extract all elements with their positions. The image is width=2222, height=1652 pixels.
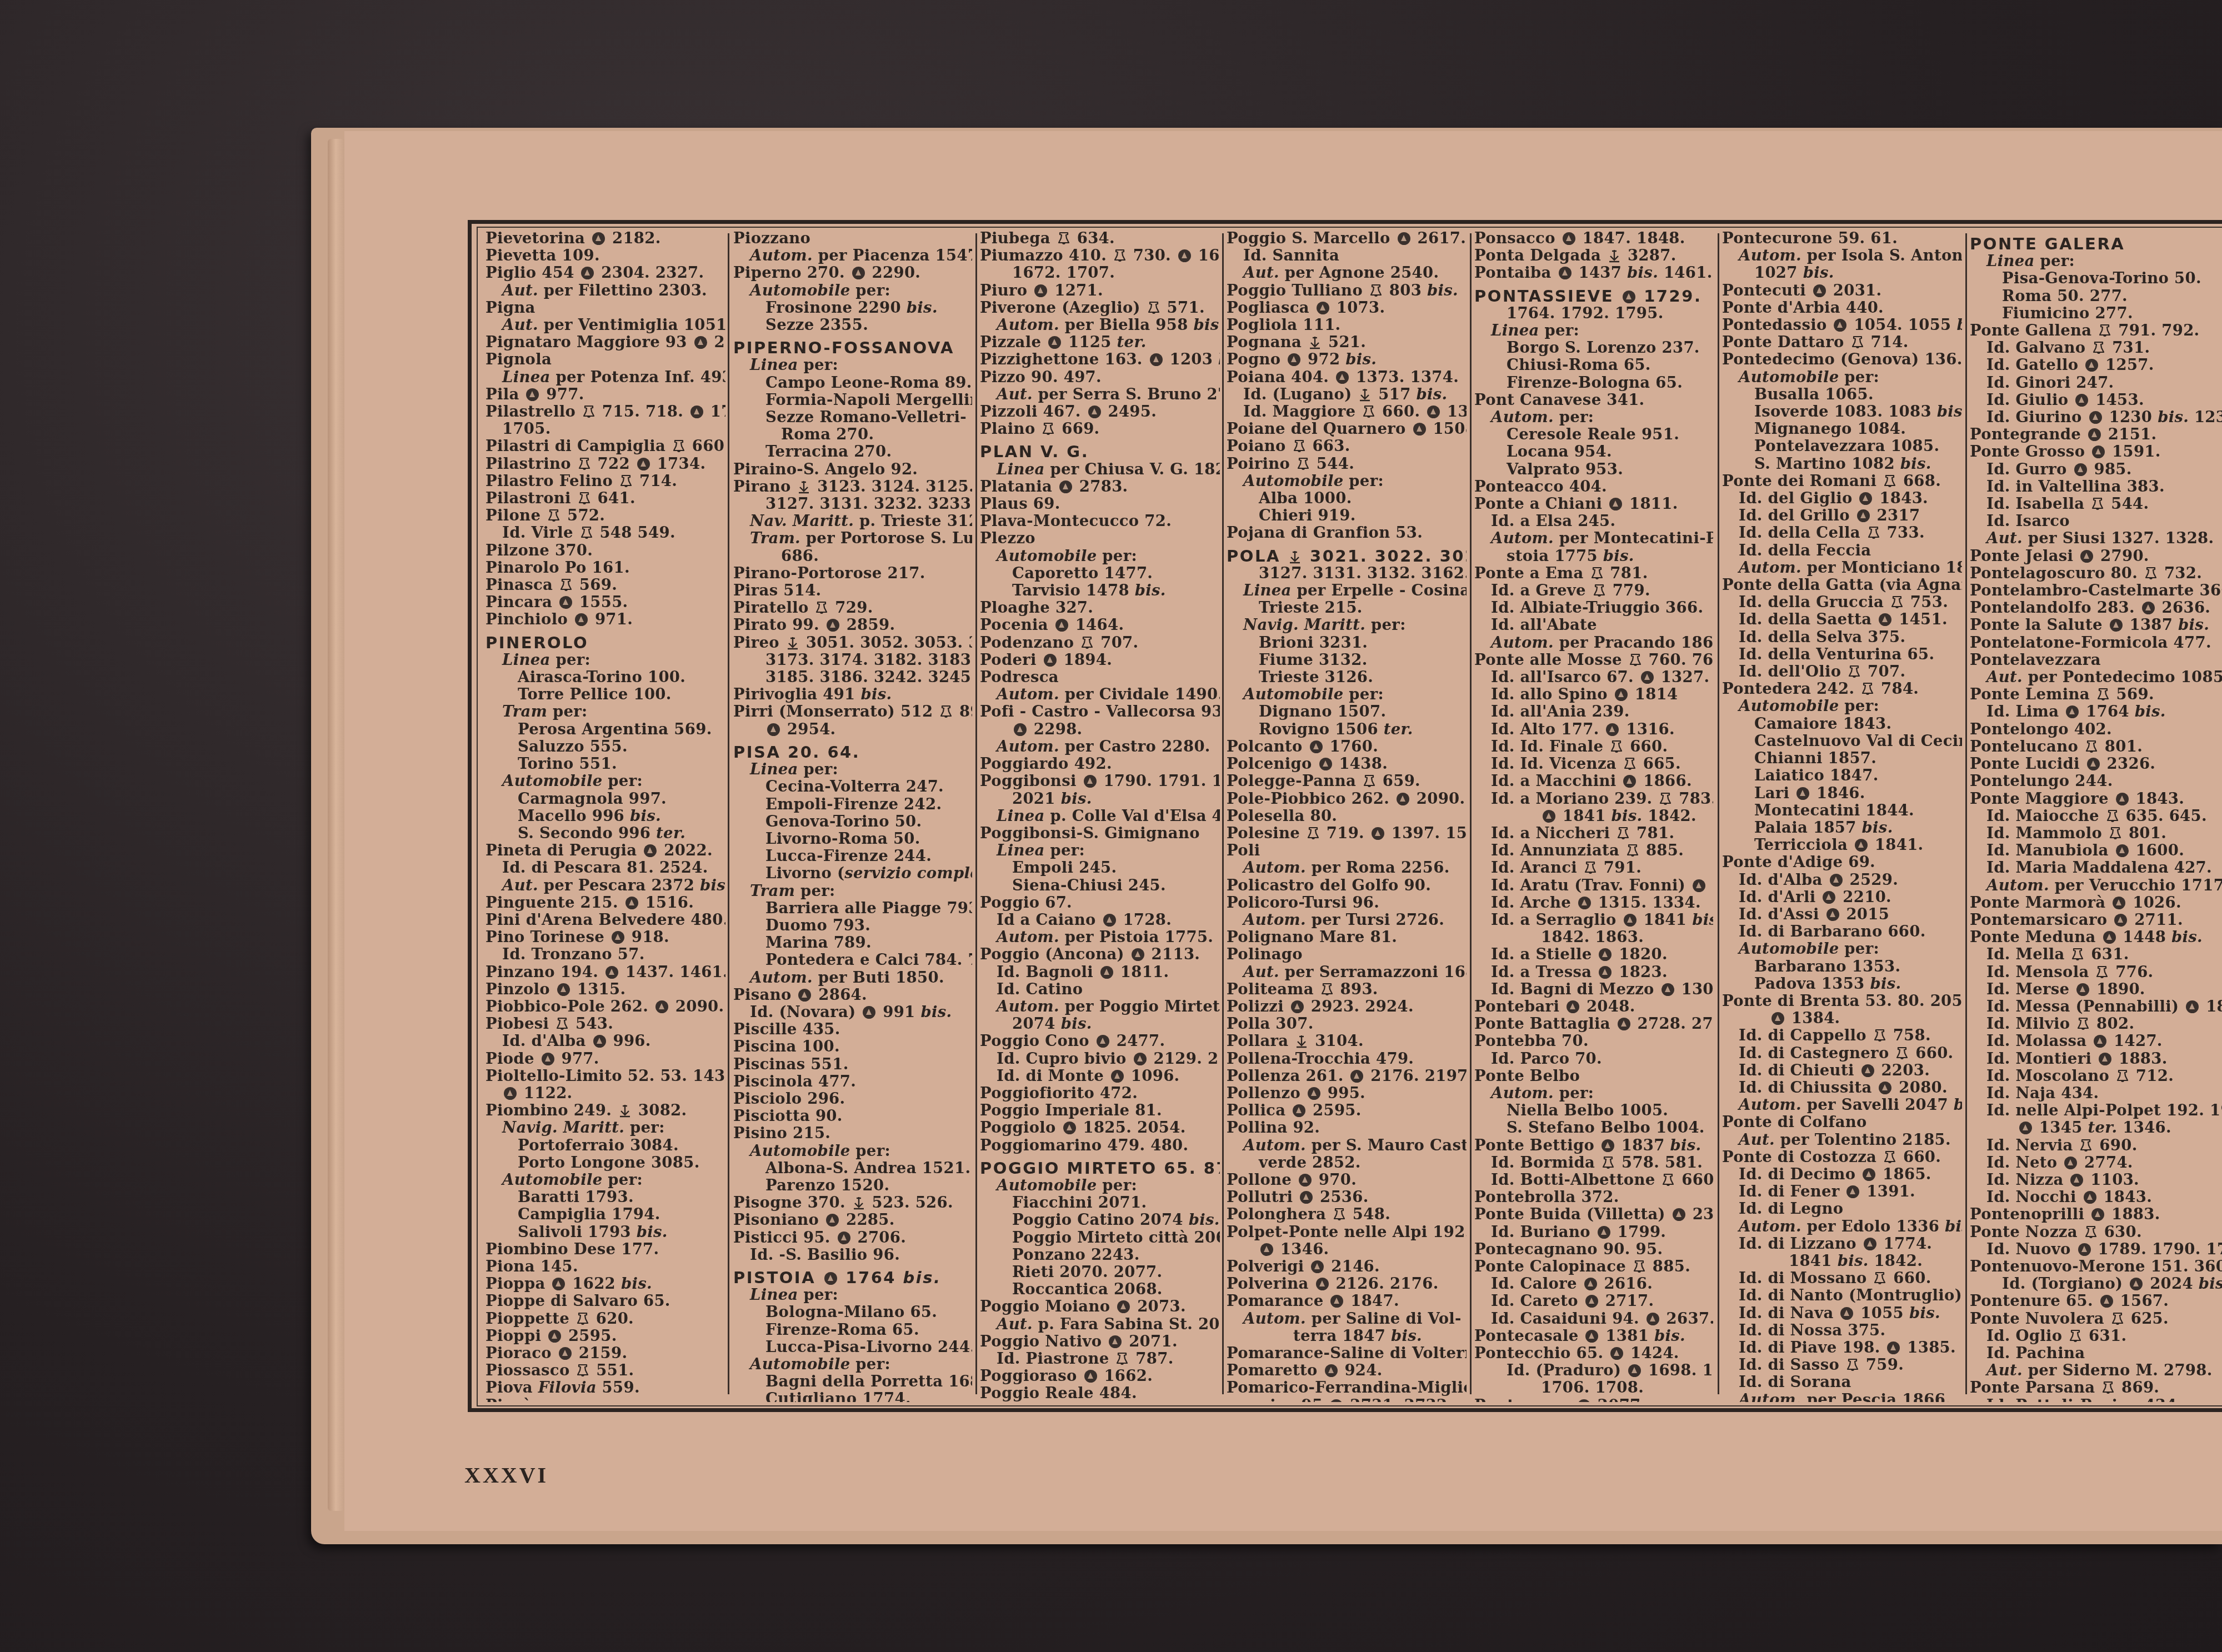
index-entry: Id. d'Assi 2015 <box>1722 906 1962 923</box>
index-entry: Ponte della Gatta (via Agnano) 489 <box>1722 577 1962 594</box>
italic-label: bis. <box>2171 928 2203 946</box>
automobile-icon <box>2116 793 2129 805</box>
index-entry: Trieste 215. <box>1227 599 1467 617</box>
index-entry: Pisciolo 296. <box>733 1090 972 1108</box>
index-entry: Piossasco 551. <box>486 1362 725 1379</box>
index-heading: PONTE GALERA <box>1970 236 2222 253</box>
index-entry: Id. Maria Maddalena 427. <box>1970 859 2222 877</box>
index-entry: Siena-Chiusi 245. <box>980 877 1220 894</box>
tram-icon <box>1851 336 1864 350</box>
index-entry: Pontecuti 2031. <box>1722 282 1962 299</box>
automobile-icon <box>1316 1278 1329 1290</box>
index-entry: Id. Molassa 1427. <box>1970 1033 2222 1050</box>
index-entry: Pirano 3123. 3124. 3125. 3126. <box>733 478 972 495</box>
automobile-icon <box>2110 619 2123 632</box>
index-entry: Caporetto 1477. <box>980 565 1220 582</box>
index-entry: Autom. per Montecatini-Pi- <box>1474 530 1713 547</box>
index-column-6: Pontecurone 59. 61.Autom. per Isola S. A… <box>1722 230 1962 1402</box>
index-entry: Pomarance-Saline di Volterra 247. <box>1227 1345 1467 1362</box>
index-entry: Id. Messa (Pennabilli) 1802. <box>1970 998 2222 1015</box>
automobile-icon <box>1662 983 1674 996</box>
index-entry: Brioni 3231. <box>1227 634 1467 652</box>
index-heading: PLAN V. G. <box>980 443 1220 460</box>
index-entry: Autom. per Pescia 1866. <box>1722 1391 1962 1402</box>
index-entry: Autom. per Savelli 2047 bis. <box>1722 1097 1962 1114</box>
index-entry: Ponte di Colfano <box>1722 1114 1962 1131</box>
automobile-icon <box>2066 705 2079 718</box>
index-entry: Linea per Erpelle - Cosina - <box>1227 582 1467 599</box>
index-entry: Id. nelle Alpi-Polpet 192. 193. <box>1970 1102 2222 1119</box>
index-entry: Poggio 67. <box>980 894 1220 912</box>
index-entry: Poggio Catino 2074 bis. <box>980 1212 1220 1229</box>
automobile-icon <box>2186 1000 2199 1013</box>
italic-label: bis. <box>621 1275 652 1293</box>
automobile-icon <box>1299 1174 1312 1187</box>
automobile-icon <box>2074 463 2087 476</box>
index-entry: Bagni della Porretta 1684 bis. <box>733 1373 972 1390</box>
automobile-icon <box>1602 1139 1614 1152</box>
index-entry: Ponte d'Arbia 440. <box>1722 299 1962 317</box>
automobile-icon <box>1585 1295 1598 1308</box>
index-entry: Id. Gatello 1257. <box>1970 357 2222 374</box>
index-entry: Id. Bagnoli 1811. <box>980 964 1220 981</box>
index-entry: Id. Virle 548 549. <box>486 524 725 542</box>
index-entry: Ponte Lemina 569. <box>1970 686 2222 703</box>
index-entry: Barriera alle Piagge 793. <box>733 900 972 917</box>
index-entry: Pontelungo 244. <box>1970 773 2222 790</box>
index-entry: Id. Giulio 1453. <box>1970 392 2222 409</box>
italic-label: ter. <box>1117 333 1147 351</box>
automobile-icon <box>1398 232 1410 245</box>
automobile-icon <box>1330 1399 1343 1402</box>
index-entry: Id. di Lizzano 1774. <box>1722 1235 1962 1253</box>
index-entry: Ponte Gallena 791. 792. <box>1970 322 2222 339</box>
index-entry: Autom. per Pistoia 1775. <box>980 929 1220 946</box>
index-entry: Polignano Mare 81. <box>1227 929 1467 946</box>
automobile-icon <box>824 1272 837 1285</box>
index-entry: Formia-Napoli Mergellina 89 <box>733 392 972 409</box>
index-entry: stoia 1775 bis. <box>1474 548 1713 565</box>
index-entry: Id. in Valtellina 383. <box>1970 478 2222 495</box>
automobile-icon <box>2088 428 2101 441</box>
tram-icon <box>1610 740 1623 754</box>
index-entry: Plaino 669. <box>980 420 1220 438</box>
index-entry: 1672. 1707. <box>980 264 1220 282</box>
index-entry: Id. dell'Olio 707. <box>1722 663 1962 680</box>
index-entry: Genova-Torino 50. <box>733 813 972 830</box>
automobile-icon <box>1823 891 1835 904</box>
index-entry: 1345 ter. 1346. <box>1970 1119 2222 1137</box>
italic-label: Aut. <box>502 877 538 894</box>
index-entry: Piperno 270. 2290. <box>733 264 972 282</box>
automobile-icon <box>1044 654 1057 667</box>
index-entry: Id. di Castegnero 660. <box>1722 1045 1962 1062</box>
index-entry: Id. a Niccheri 781. <box>1474 825 1713 842</box>
index-entry: Id. a Greve 779. <box>1474 582 1713 599</box>
index-entry: Parenzo 1520. <box>733 1177 972 1194</box>
index-entry: Bologna-Milano 65. <box>733 1304 972 1321</box>
italic-label: Automobile <box>1243 685 1343 703</box>
index-entry: Pignola <box>486 351 725 368</box>
index-entry: Linea per Chiusa V. G. 182 <box>980 461 1220 478</box>
index-entry: Podresca <box>980 669 1220 686</box>
index-entry: Polesella 80. <box>1227 808 1467 825</box>
index-entry: nico 95 2731. 2732. <box>1227 1397 1467 1402</box>
index-entry: Ponte Grosso 1591. <box>1970 443 2222 460</box>
automobile-icon <box>2113 897 2125 909</box>
italic-label: Aut. <box>997 1315 1033 1333</box>
index-entry: Poggio Mirteto città 2069. <box>980 1229 1220 1246</box>
index-entry: Automobile per: <box>1722 698 1962 715</box>
index-entry: Id. d'Alba 2529. <box>1722 872 1962 889</box>
index-entry: Id. di Sasso 759. <box>1722 1356 1962 1374</box>
index-entry: Palaia 1857 bis. <box>1722 819 1962 837</box>
index-entry: Platania 2783. <box>980 478 1220 495</box>
italic-label: Aut. <box>502 282 538 299</box>
index-entry: Rovigno 1506 ter. <box>1227 721 1467 738</box>
italic-label: Aut. <box>1243 264 1279 282</box>
index-entry: Ponte Dattaro 714. <box>1722 334 1962 351</box>
index-entry: Linea p. Colle Val d'Elsa 430 <box>980 808 1220 825</box>
index-entry: Aut. per Tolentino 2185. <box>1722 1132 1962 1149</box>
tram-icon <box>1363 405 1375 419</box>
index-entry: Id. della Cella 733. <box>1722 524 1962 542</box>
index-entry: Id. Pachina <box>1970 1345 2222 1362</box>
automobile-icon <box>1855 839 1868 852</box>
automobile-icon <box>838 1232 850 1244</box>
index-entry: Polverigi 2146. <box>1227 1258 1467 1275</box>
index-entry: Policastro del Golfo 90. <box>1227 877 1467 894</box>
italic-label: bis. <box>1692 911 1713 929</box>
index-entry: Pollena-Trocchia 479. <box>1227 1050 1467 1068</box>
index-entry: Niella Belbo 1005. <box>1474 1102 1713 1119</box>
automobile-icon <box>1673 1208 1685 1221</box>
italic-label: Autom. <box>1243 1137 1306 1154</box>
italic-label: Autom. <box>750 969 813 987</box>
index-entry: Pontelagoscuro 80. 732. <box>1970 565 2222 582</box>
italic-label: Aut. <box>1243 963 1279 981</box>
automobile-icon <box>1330 1295 1343 1308</box>
automobile-icon <box>637 458 650 470</box>
italic-label: Autom. <box>1739 1391 1801 1402</box>
automobile-icon <box>1109 1335 1122 1348</box>
tram-icon <box>548 509 560 523</box>
automobile-icon <box>1336 371 1349 384</box>
index-entry: Linea per: <box>980 842 1220 859</box>
tram-icon <box>1321 983 1333 997</box>
italic-label: Autom. <box>1243 1310 1306 1328</box>
index-entry: Id. Alto 177. 1316. <box>1474 721 1713 738</box>
tram-icon <box>2106 809 2119 824</box>
index-entry: Pioltello-Limito 52. 53. 143. 158. <box>486 1068 725 1085</box>
index-entry: Id. (Praduro) 1698. 1703 <box>1474 1362 1713 1379</box>
tram-icon <box>2109 827 2121 841</box>
index-entry: Id. a Moriano 239. 783. <box>1474 790 1713 808</box>
automobile-icon <box>1150 353 1163 366</box>
navigation-icon <box>798 480 810 494</box>
index-entry: Pievetorina 2182. <box>486 230 725 247</box>
index-entry: Polinago <box>1227 946 1467 963</box>
automobile-icon <box>1088 406 1101 418</box>
index-entry: Aut. per Agnone 2540. <box>1227 264 1467 282</box>
automobile-icon <box>1623 775 1636 788</box>
automobile-icon <box>2099 1053 2111 1065</box>
index-entry: Pinarolo Po 161. <box>486 559 725 577</box>
index-column-3: Piubega 634.Piumazzo 410. 730. 1671.1672… <box>980 230 1220 1402</box>
index-entry: Cecina-Volterra 247. <box>733 778 972 795</box>
index-entry: Automobile per: <box>1227 686 1467 703</box>
italic-label: bis. <box>2158 408 2189 426</box>
index-entry: Aut. per Pescara 2372 bis. <box>486 877 725 894</box>
index-entry: Id. di Legno <box>1722 1200 1962 1218</box>
index-entry: Aut. per Serra S. Bruno 2785. <box>980 386 1220 403</box>
index-entry: 1706. 1708. <box>1474 1379 1713 1396</box>
italic-label: bis. <box>630 807 661 825</box>
index-entry: Trieste 3126. <box>1227 669 1467 686</box>
index-entry: Ponte la Salute 1387 bis. <box>1970 617 2222 634</box>
index-entry: Polcenigo 1438. <box>1227 755 1467 773</box>
index-heading: POGGIO MIRTETO 65. 87. <box>980 1160 1220 1177</box>
automobile-icon <box>504 1087 517 1100</box>
italic-label: Linea <box>1986 252 2035 270</box>
italic-label: bis. <box>1654 1327 1685 1345</box>
tram-icon <box>1874 1029 1886 1043</box>
automobile-icon <box>2084 1191 2096 1204</box>
index-entry: Lari 1846. <box>1722 785 1962 802</box>
index-entry: Id. di Monte 1096. <box>980 1068 1220 1085</box>
index-entry: Pognana 521. <box>1227 334 1467 351</box>
index-entry: Pilone 572. <box>486 507 725 524</box>
index-column-2: PiozzanoAutom. per Piacenza 1547.Piperno… <box>733 230 972 1402</box>
index-entry: Ponte Meduna 1448 bis. <box>1970 929 2222 946</box>
index-entry: Id. Galvano 731. <box>1970 339 2222 357</box>
index-entry: Torre Pellice 100. <box>486 686 725 703</box>
italic-label: Linea <box>997 842 1045 859</box>
index-entry: Pisogne 370. 523. 526. <box>733 1194 972 1212</box>
automobile-icon <box>2076 983 2089 996</box>
index-entry: Pinzano 194. 1437. 1461. <box>486 964 725 981</box>
index-entry: Id. della Gruccia 753. <box>1722 594 1962 611</box>
index-entry: Empoli 245. <box>980 859 1220 877</box>
tram-icon <box>1874 1271 1886 1286</box>
index-entry: Id. Bagni di Mezzo 1306. <box>1474 981 1713 998</box>
automobile-icon <box>1427 406 1440 418</box>
index-entry: Piscille 435. <box>733 1021 972 1038</box>
navigation-icon <box>1289 550 1301 564</box>
automobile-icon <box>1846 1185 1859 1198</box>
automobile-icon <box>1578 897 1591 909</box>
index-entry: Ponte a Chiani 1811. <box>1474 495 1713 513</box>
index-entry: Piozzano <box>733 230 972 247</box>
index-entry: Terracina 270. <box>733 443 972 460</box>
index-entry: Ponte Jelasi 2790. <box>1970 548 2222 565</box>
index-entry: Aut. per Siusi 1327. 1328. <box>1970 530 2222 547</box>
column-rule <box>975 233 977 1394</box>
automobile-icon <box>2114 914 2127 927</box>
index-entry: Id. d'Alba 996. <box>486 1033 725 1050</box>
index-entry: Policoro-Tursi 96. <box>1227 894 1467 912</box>
index-entry: Pontelavezzara <box>1970 652 2222 669</box>
italic-label: bis. <box>1391 1327 1422 1345</box>
index-entry: Poggibonsi 1790. 1791. 1877. <box>980 773 1220 790</box>
index-entry: Autom. per Cividale 1490. <box>980 686 1220 703</box>
automobile-icon <box>526 388 539 401</box>
index-entry: Aut. per Siderno M. 2798. <box>1970 1362 2222 1379</box>
index-entry: Pollina 92. <box>1227 1119 1467 1137</box>
tram-icon <box>1293 439 1305 454</box>
index-heading: POLA 3021. 3022. 3025. 3031. <box>1227 548 1467 565</box>
index-entry: Fiumicino 277. <box>1970 305 2222 322</box>
index-entry: Id. Oglio 631. <box>1970 1328 2222 1345</box>
italic-label: Automobile <box>1739 697 1839 715</box>
tram-icon <box>580 526 593 540</box>
italic-label: bis. <box>1838 1252 1869 1270</box>
index-entry: Autom. per Pracando 1861. <box>1474 634 1713 652</box>
index-entry: Ponte di Costozza 660. <box>1722 1149 1962 1166</box>
italic-label: Linea <box>502 368 551 386</box>
index-entry: Valprato 953. <box>1474 461 1713 478</box>
index-entry: Pontecchio 65. 1424. <box>1474 1345 1713 1362</box>
index-entry: Pojana di Granfion 53. <box>1227 524 1467 542</box>
automobile-icon <box>1879 613 1891 626</box>
index-entry: Ponte a Ema 781. <box>1474 565 1713 582</box>
automobile-icon <box>1059 480 1072 493</box>
index-entry: Locana 954. <box>1474 443 1713 460</box>
index-entry: Id. Botti-Albettone 660. <box>1474 1172 1713 1189</box>
index-entry: Piona 145. <box>486 1258 725 1275</box>
index-entry: Aut. per Ventimiglia 1051. <box>486 317 725 334</box>
italic-label: Linea <box>1491 322 1539 339</box>
index-entry: Pontedera e Calci 784. 785. <box>733 952 972 969</box>
italic-label: Nav. Maritt. <box>750 512 854 530</box>
tram-icon <box>556 1017 568 1032</box>
index-entry: Pinzolo 1315. <box>486 981 725 998</box>
italic-label: bis. <box>1862 819 1893 837</box>
index-entry: Duomo 793. <box>733 917 972 934</box>
tram-icon <box>1617 827 1629 841</box>
index-entry: Pincara 1555. <box>486 594 725 611</box>
index-entry: Pioppe di Salvaro 65. <box>486 1293 725 1310</box>
index-entry: Linea per: <box>1970 253 2222 270</box>
index-entry: Pisano 2864. <box>733 987 972 1004</box>
tram-icon <box>1884 1150 1896 1165</box>
index-entry: Padova 1353 bis. <box>1722 975 1962 993</box>
italic-label: Linea <box>997 460 1045 478</box>
tram-icon <box>1627 844 1639 858</box>
automobile-icon <box>592 232 605 245</box>
index-entry: Poggio Imperiale 81. <box>980 1102 1220 1119</box>
index-entry: Ploaghe 327. <box>980 599 1220 617</box>
tram-icon <box>1081 636 1093 650</box>
tram-icon <box>1624 757 1636 772</box>
index-entry: Id. Tronzano 57. <box>486 946 725 963</box>
index-heading: PISA 20. 64. <box>733 744 972 761</box>
index-entry: Navig. Maritt. per: <box>1227 617 1467 634</box>
tram-icon <box>1363 774 1375 789</box>
index-entry: Aut. p. Fara Sabina St. 2036. <box>980 1316 1220 1333</box>
index-entry: Ponte dei Romani 668. <box>1722 473 1962 490</box>
index-entry: Pigna <box>486 299 725 317</box>
index-entry: Poggio Cono 2477. <box>980 1033 1220 1050</box>
index-entry: Salivoli 1793 bis. <box>486 1224 725 1241</box>
italic-label: Autom. <box>1739 1218 1801 1235</box>
tram-icon <box>1584 861 1597 875</box>
index-entry: Id. a Serraglio 1841 bis. <box>1474 912 1713 929</box>
automobile-icon <box>2116 844 2129 857</box>
navigation-icon <box>1608 249 1620 263</box>
index-entry: Piovà <box>486 1397 725 1402</box>
index-entry: Linea per: <box>733 761 972 778</box>
automobile-icon <box>1103 914 1116 927</box>
automobile-icon <box>1178 249 1191 262</box>
index-entry: Id. di Cappello 758. <box>1722 1027 1962 1044</box>
index-entry: Id. Bormida 578. 581. <box>1474 1154 1713 1172</box>
automobile-icon <box>798 989 811 1002</box>
index-entry: 686. <box>733 548 972 565</box>
automobile-icon <box>1598 1226 1610 1239</box>
index-entry: Autom. per Verucchio 1717. <box>1970 877 2222 894</box>
automobile-icon <box>1618 1018 1630 1030</box>
index-entry: Id. Mammolo 801. <box>1970 825 2222 842</box>
index-entry: Id. Id. Finale 660. <box>1474 738 1713 755</box>
index-entry: Pontenure 65. 1567. <box>1970 1293 2222 1310</box>
index-entry: Pila 977. <box>486 386 725 403</box>
index-entry: Autom. per Roma 2256. <box>1227 859 1467 877</box>
italic-label: Automobile <box>997 547 1097 565</box>
automobile-icon <box>827 619 839 632</box>
index-entry: Id. d'Arli 2210. <box>1722 889 1962 906</box>
italic-label: Autom. <box>1243 911 1306 929</box>
index-entry: Poggio Tulliano 803 bis. <box>1227 282 1467 299</box>
index-entry: Id. di Chiussita 2080. <box>1722 1079 1962 1097</box>
automobile-icon <box>1317 302 1329 314</box>
index-entry: Autom. per Castro 2280. <box>980 738 1220 755</box>
index-entry: Id. Nuovo 1789. 1790. 1791. <box>1970 1241 2222 1258</box>
automobile-icon <box>605 966 618 979</box>
italic-label: Autom. <box>1739 247 1801 264</box>
index-entry: Pontemarsicaro 2711. <box>1970 912 2222 929</box>
index-entry: Piuro 1271. <box>980 282 1220 299</box>
index-entry: Automobile per: <box>486 1172 725 1189</box>
index-entry: Pirato 99. 2859. <box>733 617 972 634</box>
index-entry: Sezze Romano-Velletri- <box>733 409 972 426</box>
italic-label: Autom. <box>1243 859 1306 877</box>
index-entry: Autom. per Saline di Vol- <box>1227 1310 1467 1328</box>
automobile-icon <box>1578 1399 1590 1402</box>
automobile-icon <box>1879 1082 1891 1094</box>
automobile-icon <box>1397 793 1409 805</box>
index-entry: Campiglia 1794. <box>486 1206 725 1223</box>
index-entry: Autom. per Biella 958 bis. <box>980 317 1220 334</box>
index-entry: Borgo S. Lorenzo 237. <box>1474 339 1713 357</box>
index-entry: Fiume 3132. <box>1227 652 1467 669</box>
automobile-icon <box>694 336 707 349</box>
index-entry: Poggio Nativo 2071. <box>980 1333 1220 1350</box>
index-entry: Pont Canavese 341. <box>1474 392 1713 409</box>
automobile-icon <box>1350 1070 1363 1083</box>
tram-icon <box>2077 1017 2089 1032</box>
automobile-icon <box>1055 619 1068 632</box>
automobile-icon <box>1606 723 1619 736</box>
italic-label: bis. <box>920 1003 952 1021</box>
index-entry: Tram. per Portorose S. Lucia <box>733 530 972 547</box>
index-entry: Id. Mella 631. <box>1970 946 2222 963</box>
italic-label: bis. <box>903 1268 942 1287</box>
index-entry: Id. Nocchi 1843. <box>1970 1189 2222 1206</box>
index-entry: Id. all'Isarco 67. 1327. <box>1474 669 1713 686</box>
index-entry: Firenze-Bologna 65. <box>1474 374 1713 392</box>
automobile-icon <box>1311 1260 1324 1273</box>
